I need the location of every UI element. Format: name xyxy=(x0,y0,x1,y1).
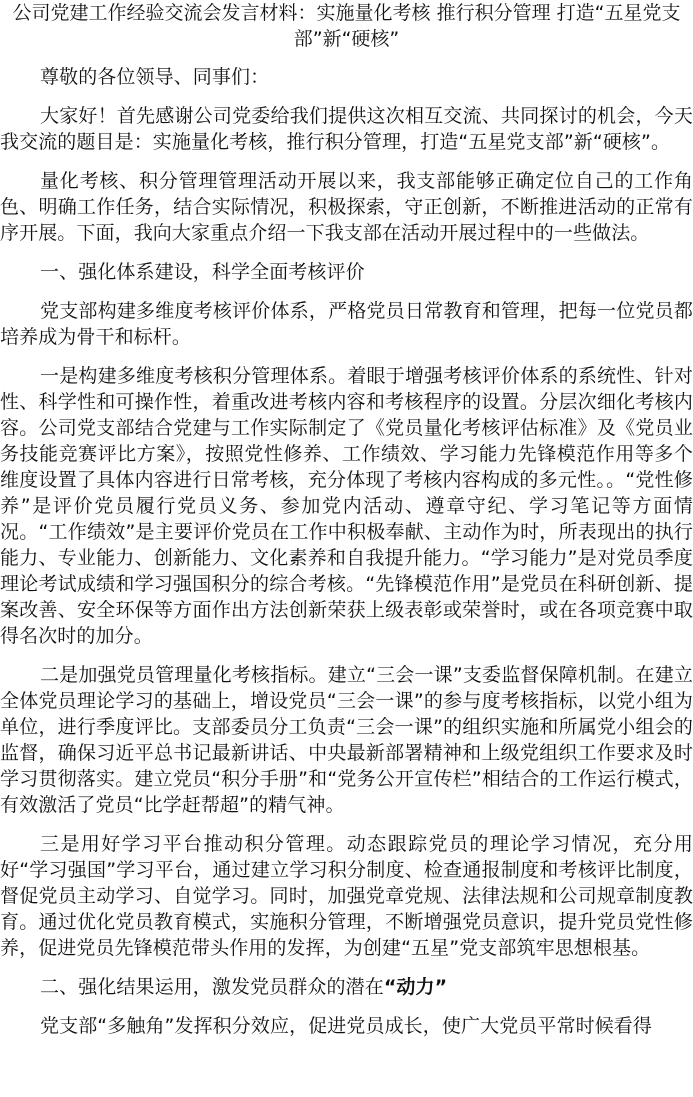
section-heading-1: 一、强化体系建设，科学全面考核评价 xyxy=(0,259,693,285)
document-page: 公司党建工作经验交流会发言材料：实施量化考核 推行积分管理 打造“五星党支部”新… xyxy=(0,0,693,1039)
section-heading-2-emphasis: “动力” xyxy=(384,976,447,998)
section-heading-2: 二、强化结果运用，激发党员群众的潜在“动力” xyxy=(0,974,693,1000)
paragraph-point-3: 三是用好学习平台推动积分管理。动态跟踪党员的理论学习情况，充分用好“学习强国”学… xyxy=(0,831,693,961)
paragraph-section1-intro: 党支部构建多维度考核评价体系，严格党员日常教育和管理，把每一位党员都培养成为骨干… xyxy=(0,298,693,350)
paragraph-point-1: 一是构建多维度考核积分管理体系。着眼于增强考核评价体系的系统性、针对性、科学性和… xyxy=(0,363,693,649)
paragraph-section2-intro-partial: 党支部“多触角”发挥积分效应，促进党员成长，使广大党员平常时候看得 xyxy=(0,1013,693,1039)
section-heading-2-text: 二、强化结果运用，激发党员群众的潜在 xyxy=(40,976,384,998)
paragraph-point-2: 二是加强党员管理量化考核指标。建立“三会一课”支委监督保障机制。在建立全体党员理… xyxy=(0,662,693,818)
paragraph-overview: 量化考核、积分管理管理活动开展以来，我支部能够正确定位自己的工作角色、明确工作任… xyxy=(0,168,693,246)
paragraph-opening: 大家好！首先感谢公司党委给我们提供这次相互交流、共同探讨的机会，今天我交流的题目… xyxy=(0,103,693,155)
greeting: 尊敬的各位领导、同事们： xyxy=(0,64,693,90)
document-title: 公司党建工作经验交流会发言材料：实施量化考核 推行积分管理 打造“五星党支部”新… xyxy=(0,0,693,52)
